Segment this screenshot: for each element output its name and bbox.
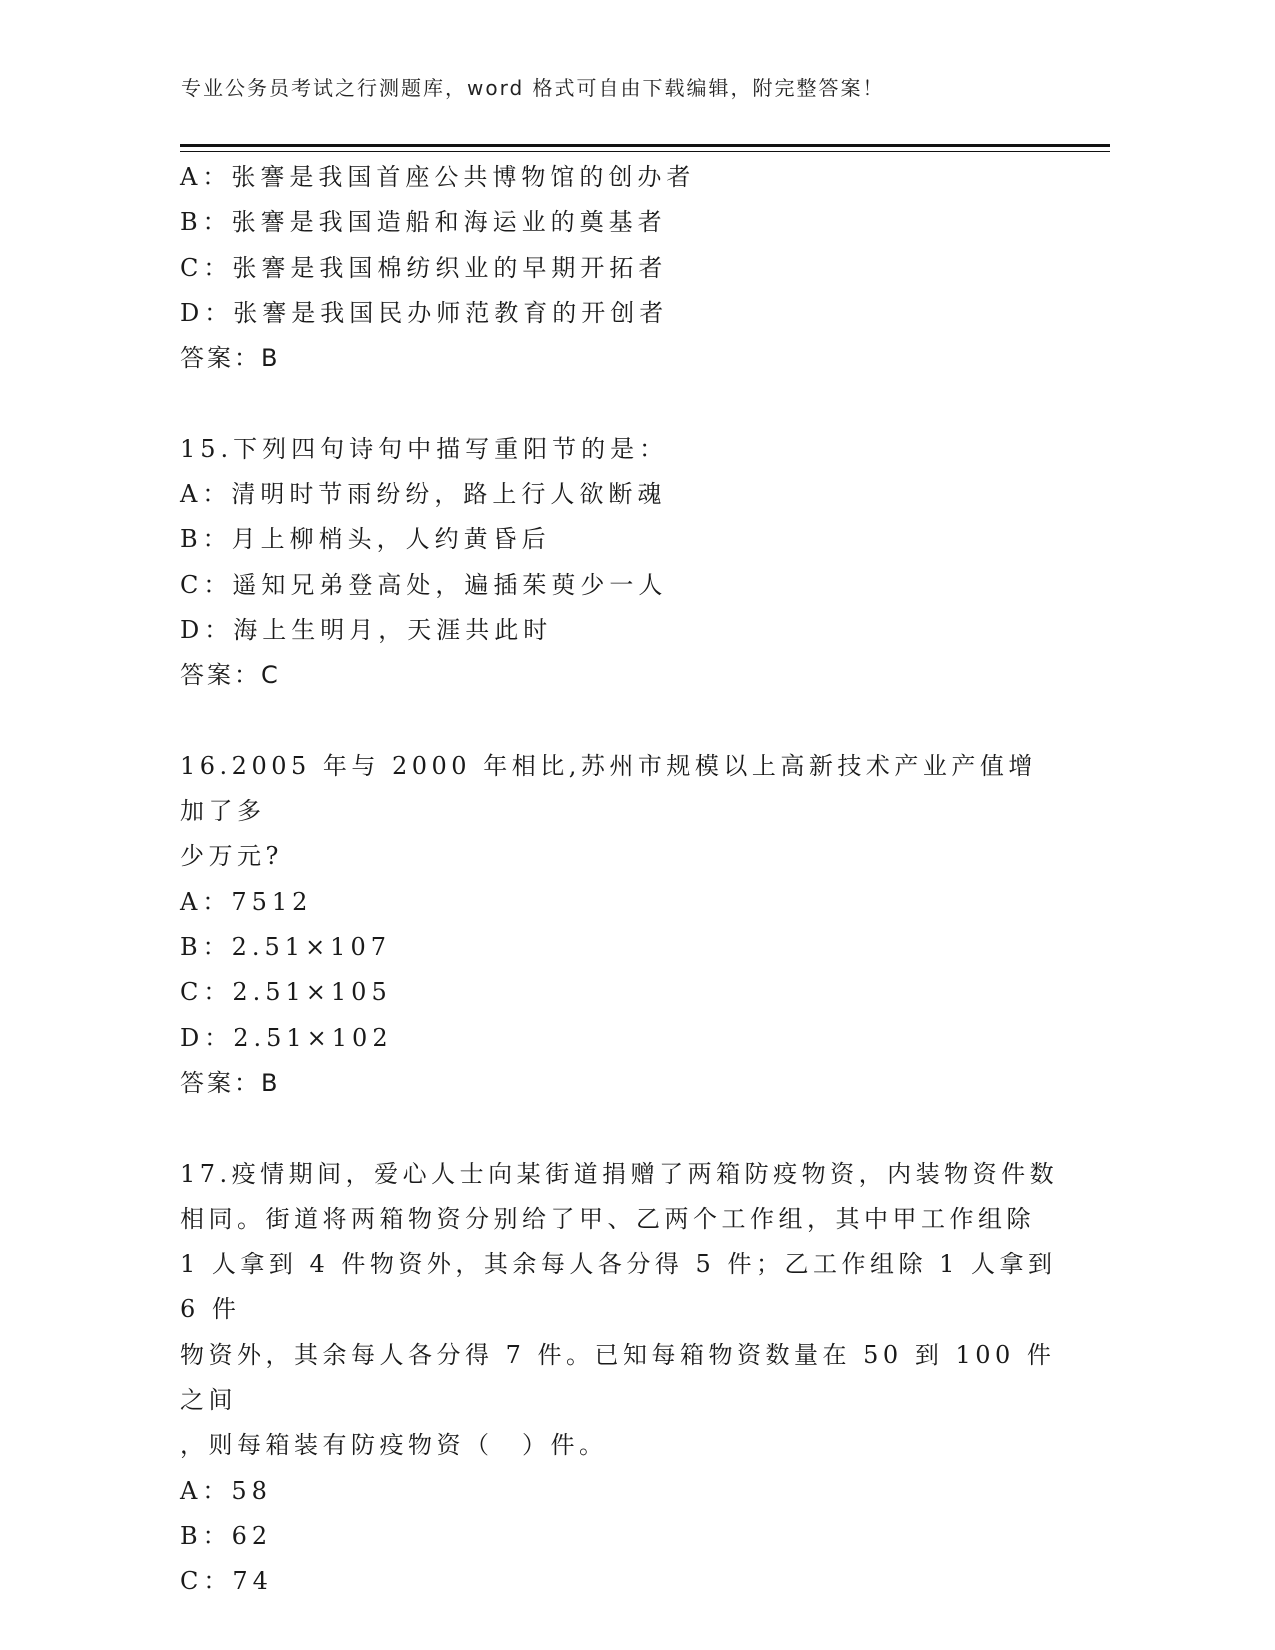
question-title-line-4: 物资外，其余每人各分得 7 件。已知每箱物资数量在 50 到 100 件之间 xyxy=(180,1333,1060,1424)
question-15: 15.下列四句诗句中描写重阳节的是： A：清明时节雨纷纷，路上行人欲断魂 B：月… xyxy=(180,427,1060,699)
question-16: 16.2005 年与 2000 年相比,苏州市规模以上高新技术产业产值增加了多 … xyxy=(180,744,1060,1106)
answer: 答案：B xyxy=(180,336,1060,381)
question-title-line-1: 17.疫情期间，爱心人士向某街道捐赠了两箱防疫物资，内装物资件数 xyxy=(180,1152,1060,1197)
question-17: 17.疫情期间，爱心人士向某街道捐赠了两箱防疫物资，内装物资件数 相同。街道将两… xyxy=(180,1152,1060,1605)
question-title: 15.下列四句诗句中描写重阳节的是： xyxy=(180,427,1060,472)
option-b: B：月上柳梢头，人约黄昏后 xyxy=(180,517,1060,562)
option-a: A：张謇是我国首座公共博物馆的创办者 xyxy=(180,155,1060,200)
question-title-line-5: ，则每箱装有防疫物资（ ）件。 xyxy=(180,1423,1060,1468)
option-a: A：7512 xyxy=(180,880,1060,925)
option-b: B：张謇是我国造船和海运业的奠基者 xyxy=(180,200,1060,245)
question-title-line-2: 少万元? xyxy=(180,834,1060,879)
option-b: B：2.51×107 xyxy=(180,925,1060,970)
option-d: D：海上生明月，天涯共此时 xyxy=(180,608,1060,653)
question-title-line-1: 16.2005 年与 2000 年相比,苏州市规模以上高新技术产业产值增加了多 xyxy=(180,744,1060,835)
option-d: D：2.51×102 xyxy=(180,1016,1060,1061)
option-c: C：2.51×105 xyxy=(180,970,1060,1015)
answer: 答案：C xyxy=(180,653,1060,698)
answer: 答案：B xyxy=(180,1061,1060,1106)
option-c: C：74 xyxy=(180,1559,1060,1604)
option-c: C：张謇是我国棉纺织业的早期开拓者 xyxy=(180,246,1060,291)
option-c: C：遥知兄弟登高处，遍插茱萸少一人 xyxy=(180,563,1060,608)
option-a: A：58 xyxy=(180,1469,1060,1514)
document-body: A：张謇是我国首座公共博物馆的创办者 B：张謇是我国造船和海运业的奠基者 C：张… xyxy=(180,155,1060,1605)
header-rule-thin xyxy=(180,151,1110,152)
question-14: A：张謇是我国首座公共博物馆的创办者 B：张謇是我国造船和海运业的奠基者 C：张… xyxy=(180,155,1060,381)
page-header: 专业公务员考试之行测题库，word 格式可自由下载编辑，附完整答案！ xyxy=(181,72,885,101)
option-d: D：张謇是我国民办师范教育的开创者 xyxy=(180,291,1060,336)
question-title-line-2: 相同。街道将两箱物资分别给了甲、乙两个工作组，其中甲工作组除 xyxy=(180,1197,1060,1242)
option-b: B：62 xyxy=(180,1514,1060,1559)
header-rule-thick xyxy=(180,144,1110,147)
option-a: A：清明时节雨纷纷，路上行人欲断魂 xyxy=(180,472,1060,517)
question-title-line-3: 1 人拿到 4 件物资外，其余每人各分得 5 件；乙工作组除 1 人拿到 6 件 xyxy=(180,1242,1060,1333)
